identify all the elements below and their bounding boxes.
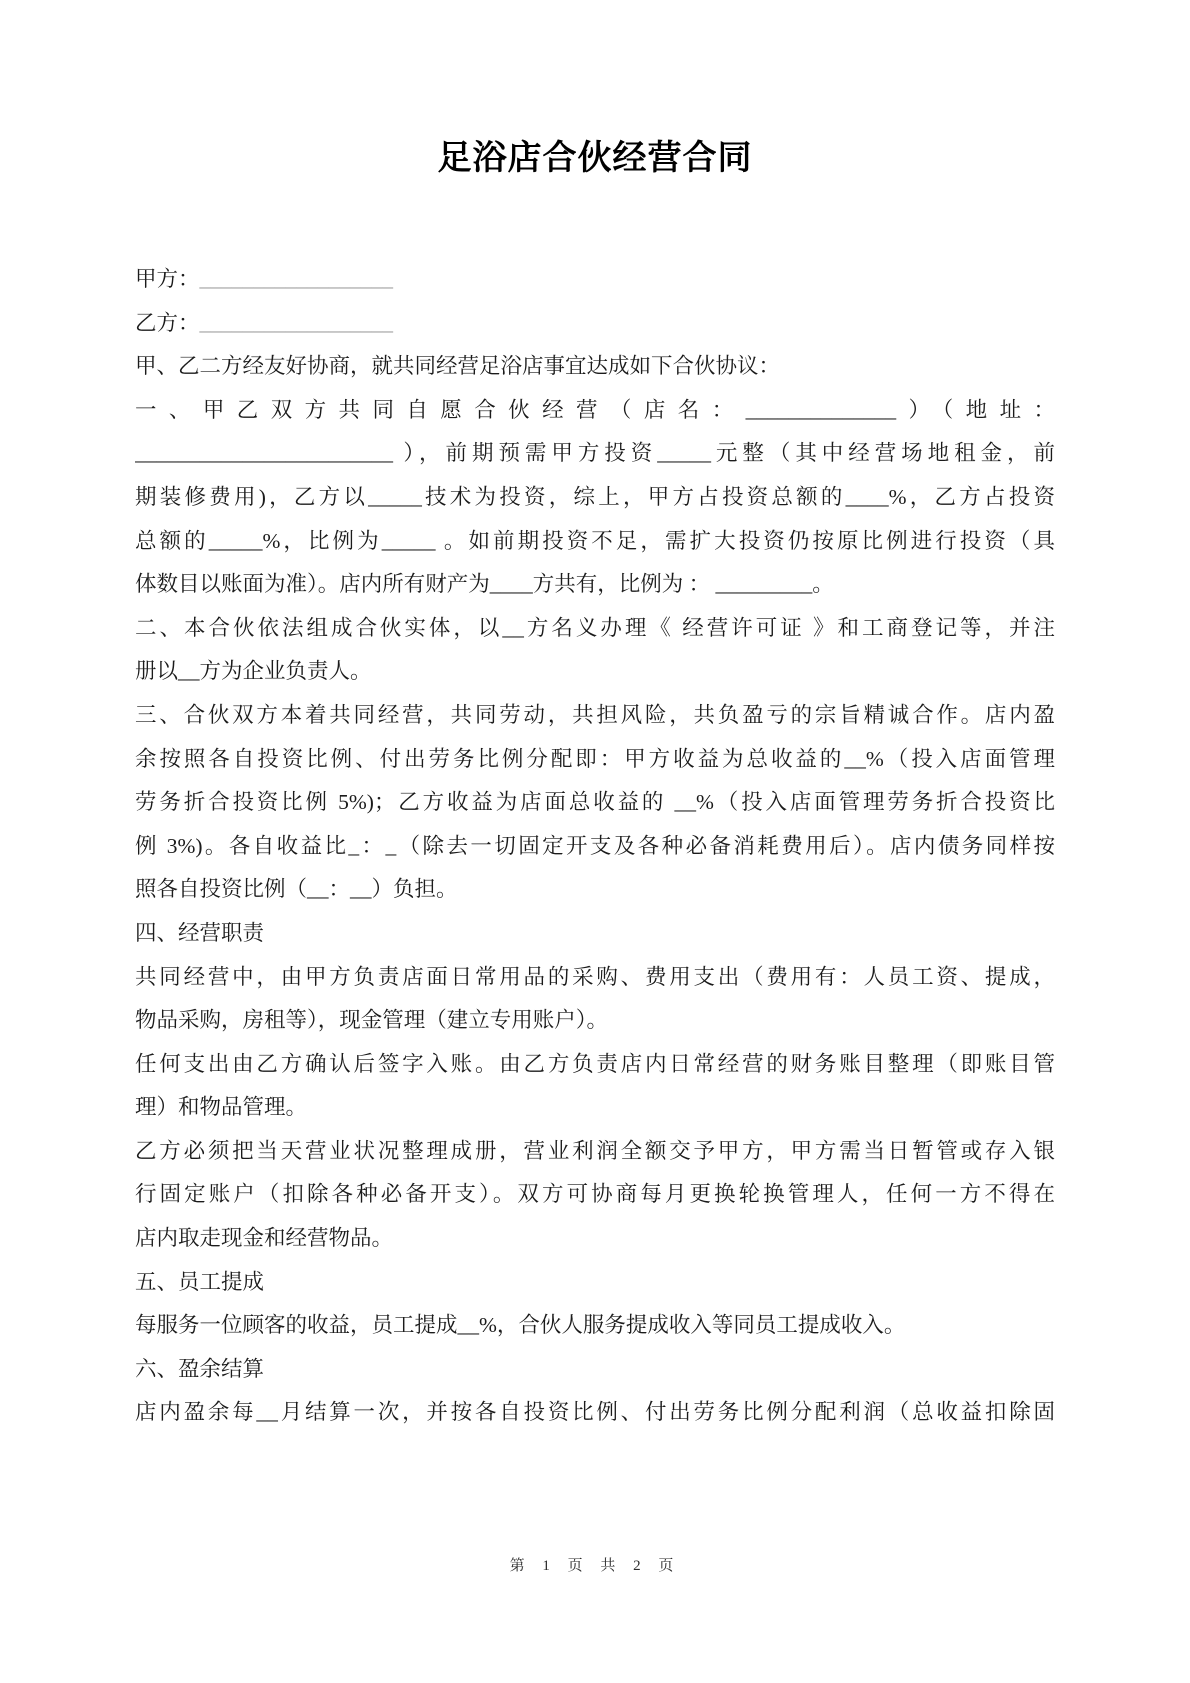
clause-2-line-2: 册以__方为企业负责人。 [135,650,1055,694]
intro-line: 甲、乙二方经友好协商，就共同经营足浴店事宜达成如下合伙协议： [135,345,1055,389]
party-b-line: 乙方：__________________ [135,302,1055,346]
clause-5-heading: 五、员工提成 [135,1261,1055,1305]
clause-4-para-3-line-2: 行固定账户（扣除各种必备开支）。双方可协商每月更换轮换管理人，任何一方不得在 [135,1173,1055,1217]
clause-6-line-1: 店内盈余每__月结算一次，并按各自投资比例、付出劳务比例分配利润（总收益扣除固 [135,1391,1055,1435]
clause-3-line-4: 例 3%)。各自收益比_：_（除去一切固定开支及各种必备消耗费用后）。店内债务同… [135,825,1055,869]
clause-1-line-3: 期装修费用)，乙方以_____技术为投资，综上，甲方占投资总额的____%，乙方… [135,476,1055,520]
clause-1-line-1: 一、甲乙双方共同自愿合伙经营（店名：______________）（地址： [135,389,1055,433]
clause-3-line-3: 劳务折合投资比例 5%)；乙方收益为店面总收益的 __%（投入店面管理劳务折合投… [135,781,1055,825]
clause-3-line-1: 三、合伙双方本着共同经营，共同劳动，共担风险，共负盈亏的宗旨精诚合作。店内盈 [135,694,1055,738]
clause-4-para-2-line-1: 任何支出由乙方确认后签字入账。由乙方负责店内日常经营的财务账目整理（即账目管 [135,1043,1055,1087]
clause-4-para-1-line-1: 共同经营中，由甲方负责店面日常用品的采购、费用支出（费用有：人员工资、提成， [135,956,1055,1000]
clause-1-line-4: 总额的_____%，比例为_____ 。如前期投资不足，需扩大投资仍按原比例进行… [135,520,1055,564]
party-a-label: 甲方： [135,267,200,291]
party-a-blank: __________________ [200,267,394,291]
party-b-label: 乙方： [135,311,200,335]
contract-page: 足浴店合伙经营合同 甲方：__________________ 乙方：_____… [0,0,1190,1683]
clause-1-line-2: ________________________ ），前期预需甲方投资_____… [135,432,1055,476]
clause-3-line-5: 照各自投资比例（__：__）负担。 [135,868,1055,912]
clause-5-line-1: 每服务一位顾客的收益，员工提成__%，合伙人服务提成收入等同员工提成收入。 [135,1304,1055,1348]
clause-3-line-2: 余按照各自投资比例、付出劳务比例分配即：甲方收益为总收益的__%（投入店面管理 [135,738,1055,782]
page-title: 足浴店合伙经营合同 [0,130,1190,179]
clause-1-line-5: 体数目以账面为准）。店内所有财产为____方共有，比例为 ： _________… [135,563,1055,607]
page-number-footer: 第 1 页 共 2 页 [0,1554,1190,1575]
clause-2-line-1: 二、本合伙依法组成合伙实体，以__方名义办理《 经营许可证 》和工商登记等，并注 [135,607,1055,651]
party-b-blank: __________________ [200,311,394,335]
contract-body: 甲方：__________________ 乙方：_______________… [135,258,1055,1435]
clause-6-heading: 六、盈余结算 [135,1348,1055,1392]
clause-4-heading: 四、经营职责 [135,912,1055,956]
clause-4-para-3-line-1: 乙方必须把当天营业状况整理成册，营业利润全额交予甲方，甲方需当日暂管或存入银 [135,1130,1055,1174]
clause-4-para-3-line-3: 店内取走现金和经营物品。 [135,1217,1055,1261]
party-a-line: 甲方：__________________ [135,258,1055,302]
clause-4-para-2-line-2: 理）和物品管理。 [135,1086,1055,1130]
clause-4-para-1-line-2: 物品采购，房租等），现金管理（建立专用账户）。 [135,999,1055,1043]
